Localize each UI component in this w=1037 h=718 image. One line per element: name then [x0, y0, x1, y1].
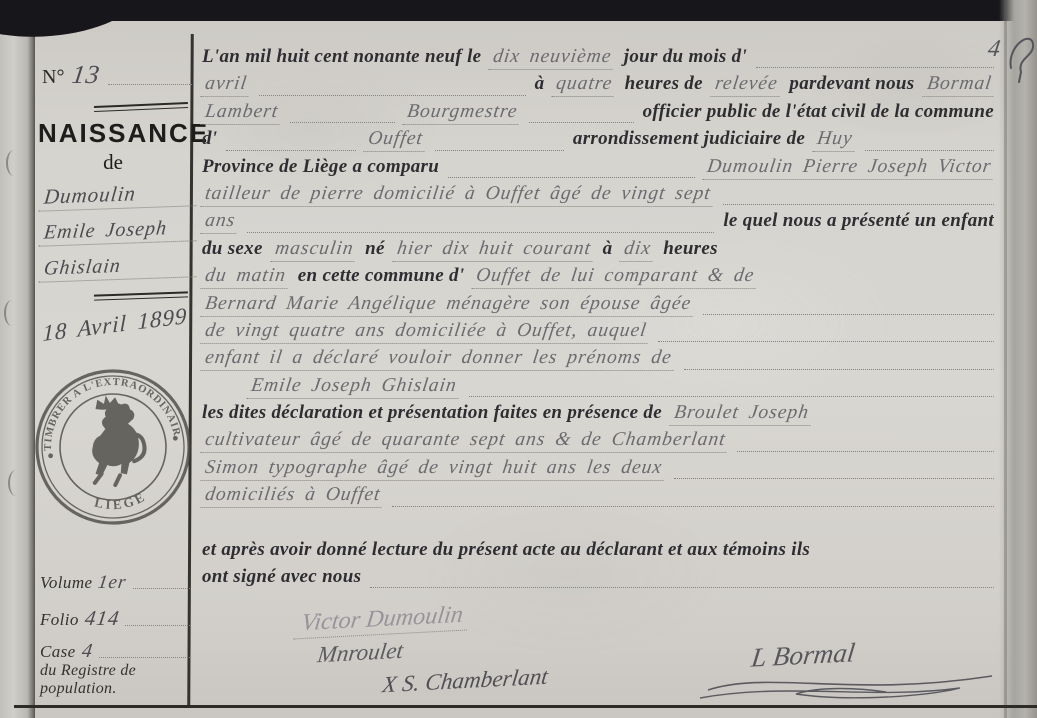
ghost-writing-mark [6, 150, 22, 176]
handwritten-entry: dix neuvième [489, 46, 617, 70]
act-text-line: L'an mil huit cent nonante neuf ledix ne… [202, 46, 994, 73]
handwritten-entry: tailleur de pierre domicilié à Ouffet âg… [200, 183, 715, 207]
dotted-fill [756, 67, 994, 68]
registry-folio-row: Folio 414 [38, 606, 190, 631]
handwritten-entry: ans [200, 210, 239, 234]
act-text-line: LambertBourgmestreofficier public de l'é… [202, 101, 994, 128]
act-number-value: 13 [70, 60, 102, 90]
handwritten-entry: de vingt quatre ans domiciliée à Ouffet,… [200, 320, 651, 344]
signature-witness-2: X S. Chamberlant [381, 664, 550, 699]
act-text-line: du sexemasculinnéhier dix huit courantàd… [202, 238, 994, 265]
dotted-fill [435, 150, 564, 151]
act-number-label: N° [42, 66, 64, 89]
double-rule [94, 102, 188, 112]
handwritten-text: Emile Joseph [43, 217, 169, 244]
act-text-line: avrilàquatreheures derelevéepardevant no… [202, 73, 994, 100]
printed-form-text: et après avoir donné lecture du présent … [202, 539, 810, 561]
act-number-row: N° 13 [38, 60, 192, 90]
dotted-fill [370, 587, 994, 588]
dotted-fill [684, 369, 994, 370]
handwritten-entry: quatre [552, 73, 618, 97]
printed-form-text: à [535, 73, 545, 95]
record-type-subtitle: de [38, 150, 188, 175]
printed-form-text: officier public de l'état civil de la co… [643, 101, 994, 123]
printed-form-text: le quel nous a présenté un enfant [723, 210, 994, 232]
folio-label: Folio [40, 610, 79, 630]
handwritten-entry: Emile Joseph Ghislain [246, 375, 461, 399]
printed-form-text: Province de Liège a comparu [202, 156, 439, 178]
dotted-fill [674, 478, 994, 479]
printed-form-text: heures [663, 238, 718, 260]
act-date: 18 Avril 1899 [37, 303, 193, 348]
handwritten-entry: domiciliés à Ouffet [200, 484, 385, 508]
dotted-fill [247, 232, 714, 233]
act-text-line: ansle quel nous a présenté un enfant [202, 210, 994, 237]
act-text-line: d'Ouffetarrondissement judiciaire deHuy [202, 128, 994, 155]
printed-form-text: ont signé avec nous [202, 566, 361, 588]
act-text-line: enfant il a déclaré vouloir donner les p… [202, 347, 994, 374]
handwritten-entry: hier dix huit courant [392, 238, 595, 262]
child-surname: Dumoulin [38, 179, 197, 211]
dotted-fill [125, 625, 190, 626]
act-text-line: Simon typographe âgé de vingt huit ans l… [202, 457, 994, 484]
printed-form-text: en cette commune d' [298, 265, 465, 287]
signature-flourish-icon [700, 668, 1000, 704]
dotted-fill [865, 150, 994, 151]
margin-column: N° 13 NAISSANCE de Dumoulin Emile Joseph… [38, 0, 188, 718]
lion-rampant-icon [84, 400, 149, 487]
printed-form-text: pardevant nous [789, 73, 914, 95]
printed-form-text: à [603, 238, 613, 260]
revenue-stamp: A TIMBRER A L'EXTRAORDINAIRE LIEGE [28, 362, 198, 532]
printed-form-text: d' [202, 128, 217, 150]
printed-form-text: arrondissement judiciaire de [573, 128, 805, 150]
handwritten-entry: Simon typographe âgé de vingt huit ans l… [200, 457, 666, 481]
folio-value: 414 [83, 606, 121, 631]
previous-page-edge [0, 0, 35, 718]
act-text-line: Bernard Marie Angélique ménagère son épo… [202, 293, 994, 320]
dotted-fill [99, 657, 190, 658]
paraph-flourish-icon [1005, 28, 1037, 84]
handwritten-entry: dix [620, 238, 656, 262]
record-type-title: NAISSANCE [38, 118, 188, 149]
printed-form-text: les dites déclaration et présentation fa… [202, 402, 662, 424]
handwritten-entry: Ouffet de lui comparant & de [472, 265, 760, 289]
signature-declarant: Victor Dumoulin [294, 602, 471, 640]
dotted-fill [723, 204, 994, 205]
handwritten-entry: Huy [812, 128, 857, 152]
handwritten-text: 18 Avril 1899 [42, 303, 187, 347]
act-text-line: Emile Joseph Ghislain [202, 375, 994, 402]
handwritten-text: Dumoulin [43, 181, 138, 209]
handwritten-entry: Lambert [200, 101, 282, 125]
act-text-line: ont signé avec nous [202, 566, 994, 593]
signature-witness-1: Mnroulet [316, 638, 405, 668]
page-gutter-line [1004, 0, 1007, 718]
handwritten-entry: masculin [270, 238, 358, 262]
dotted-fill [737, 451, 994, 452]
dotted-fill [290, 122, 395, 123]
case-label: Case [40, 642, 76, 662]
act-text-line: tailleur de pierre domicilié à Ouffet âg… [202, 183, 994, 210]
dotted-fill [658, 341, 994, 342]
printed-form-text: L'an mil huit cent nonante neuf le [202, 46, 481, 68]
volume-label: Volume [40, 573, 92, 593]
handwritten-entry: Ouffet [363, 128, 427, 152]
act-text-line: et après avoir donné lecture du présent … [202, 539, 994, 566]
dotted-fill [133, 588, 190, 589]
registry-footer: du Registre de population. [38, 662, 190, 698]
registry-case-row: Case 4 [38, 640, 190, 663]
act-text-line: les dites déclaration et présentation fa… [202, 402, 994, 429]
printed-form-text: jour du mois d' [624, 46, 747, 68]
act-body-text: L'an mil huit cent nonante neuf ledix ne… [202, 46, 994, 593]
birth-record-scan: N° 13 NAISSANCE de Dumoulin Emile Joseph… [0, 0, 1037, 718]
handwritten-entry: Dumoulin Pierre Joseph Victor [702, 156, 996, 180]
dotted-fill [469, 396, 994, 397]
dotted-fill [108, 84, 192, 85]
svg-text:LIEGE: LIEGE [91, 487, 150, 515]
child-firstnames: Emile Joseph [38, 216, 197, 246]
stamp-city-text: LIEGE [91, 487, 150, 515]
registry-volume-row: Volume 1er [38, 572, 190, 594]
dotted-fill [259, 95, 526, 96]
act-text-line: Province de Liège a comparuDumoulin Pier… [202, 156, 994, 183]
handwritten-entry: enfant il a déclaré vouloir donner les p… [200, 347, 676, 371]
handwritten-entry: cultivateur âgé de quarante sept ans & d… [200, 429, 730, 453]
case-value: 4 [80, 640, 94, 663]
stamp-art: A TIMBRER A L'EXTRAORDINAIRE LIEGE [28, 362, 198, 532]
printed-form-text: heures de [625, 73, 703, 95]
dotted-fill [392, 506, 994, 507]
handwritten-entry: Bormal [922, 73, 996, 97]
ghost-writing-mark [4, 300, 20, 326]
handwritten-entry: avril [200, 73, 251, 97]
printed-form-text: du sexe [202, 238, 263, 260]
ghost-writing-mark [8, 470, 24, 496]
handwritten-text: Ghislain [43, 255, 122, 281]
printed-form-text: né [365, 238, 385, 260]
dotted-fill [448, 177, 695, 178]
volume-value: 1er [97, 572, 128, 594]
dotted-fill [703, 314, 994, 315]
handwritten-entry: relevée [710, 73, 782, 97]
act-text-line: domiciliés à Ouffet [202, 484, 994, 511]
handwritten-entry: du matin [200, 265, 290, 289]
dotted-fill [529, 122, 634, 123]
handwritten-entry: Broulet Joseph [669, 402, 813, 426]
handwritten-entry: Bernard Marie Angélique ménagère son épo… [200, 293, 695, 317]
handwritten-entry: Bourgmestre [402, 101, 522, 125]
act-text-line: cultivateur âgé de quarante sept ans & d… [202, 429, 994, 456]
double-rule [94, 291, 188, 300]
dotted-fill [226, 150, 355, 151]
act-text-line: du matinen cette commune d'Ouffet de lui… [202, 265, 994, 292]
child-thirdname: Ghislain [38, 252, 197, 282]
act-text-line: de vingt quatre ans domiciliée à Ouffet,… [202, 320, 994, 347]
